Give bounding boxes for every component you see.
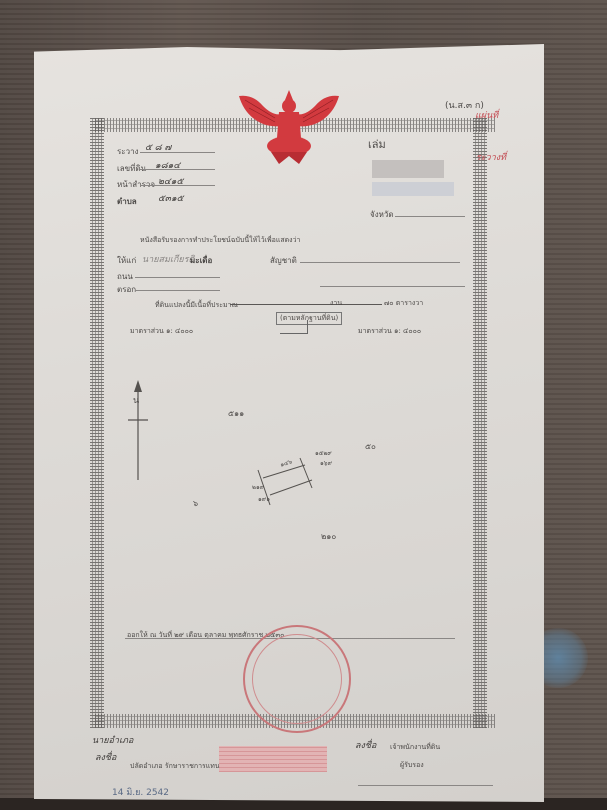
- field-underline: [135, 290, 220, 291]
- signature-right-3: ผู้รับรอง: [400, 760, 424, 771]
- field-underline: [395, 216, 465, 217]
- north-label: น: [133, 393, 139, 407]
- parcel-label: ๑๖๙: [320, 458, 332, 468]
- margin-note-2: ระวางที่: [476, 150, 506, 164]
- margin-note-1: แผ่นที่: [475, 108, 498, 122]
- wa-value: ๗๐ ตารางวา: [384, 298, 423, 309]
- volume-label: เล่ม: [368, 135, 386, 153]
- map-scale-left: มาตราส่วน ๑: ๔๐๐๐: [130, 326, 193, 337]
- field-underline: [140, 185, 215, 186]
- nationality-label: สัญชาติ: [270, 254, 297, 267]
- field-underline: [320, 286, 465, 287]
- garuda-emblem-icon: [235, 86, 343, 170]
- field-underline: [140, 169, 215, 170]
- signature-left-2: ลงชื่อ: [95, 750, 116, 764]
- parcel-label: ๖: [193, 497, 198, 510]
- redacted-info: [372, 160, 444, 178]
- owner-surname: มะเดื่อ: [190, 254, 212, 267]
- area-line: [342, 304, 382, 305]
- left-border: [90, 118, 104, 728]
- area-bracket: [280, 320, 308, 334]
- parcel-label: ๕๐: [365, 440, 376, 453]
- owner-prefix: ให้แก่: [117, 254, 136, 267]
- signature-right-1: ลงชื่อ: [355, 738, 376, 752]
- field-label: ระวาง: [117, 145, 138, 158]
- owner-name: นายสมเกียรติ: [142, 252, 194, 266]
- date-stamp: 14 มิ.ย. 2542: [112, 785, 169, 799]
- soi-label: ตรอก: [117, 283, 136, 296]
- area-text: ที่ดินแปลงนี้มีเนื้อที่ประมาณ: [155, 300, 238, 311]
- field-underline: [300, 262, 460, 263]
- parcel-label: ๒๑๙: [252, 482, 264, 492]
- signature-underline: [358, 785, 493, 786]
- field-label: ตำบล: [117, 195, 137, 208]
- official-seal: [243, 625, 351, 733]
- intro-text: หนังสือรับรองการทำประโยชน์ฉบับนี้ให้ไว้เ…: [140, 235, 300, 246]
- parcel-label: ๑๙๑: [258, 494, 270, 504]
- field-value: ๕๓๑๕: [158, 191, 184, 205]
- parcel-label: ๑๕๒๙: [315, 448, 332, 458]
- redacted-info: [372, 182, 454, 196]
- ngan-label: งาน: [330, 298, 342, 309]
- signature-left-1: นายอำเภอ: [92, 733, 133, 747]
- province-label: จังหวัด: [370, 208, 394, 221]
- field-underline: [135, 277, 220, 278]
- signature-right-2: เจ้าพนักงานที่ดิน: [390, 742, 440, 753]
- signature-left-3: ปลัดอำเภอ รักษาราชการแทน: [130, 761, 220, 772]
- road-label: ถนน: [117, 270, 133, 283]
- red-stamp: [219, 746, 327, 772]
- right-border: [473, 118, 487, 728]
- field-underline: [140, 152, 215, 153]
- parcel-label: ๒๑๐: [321, 530, 336, 543]
- map-scale-right: มาตราส่วน ๑: ๔๐๐๐: [358, 326, 421, 337]
- parcel-label: ๕๑๑: [228, 407, 244, 420]
